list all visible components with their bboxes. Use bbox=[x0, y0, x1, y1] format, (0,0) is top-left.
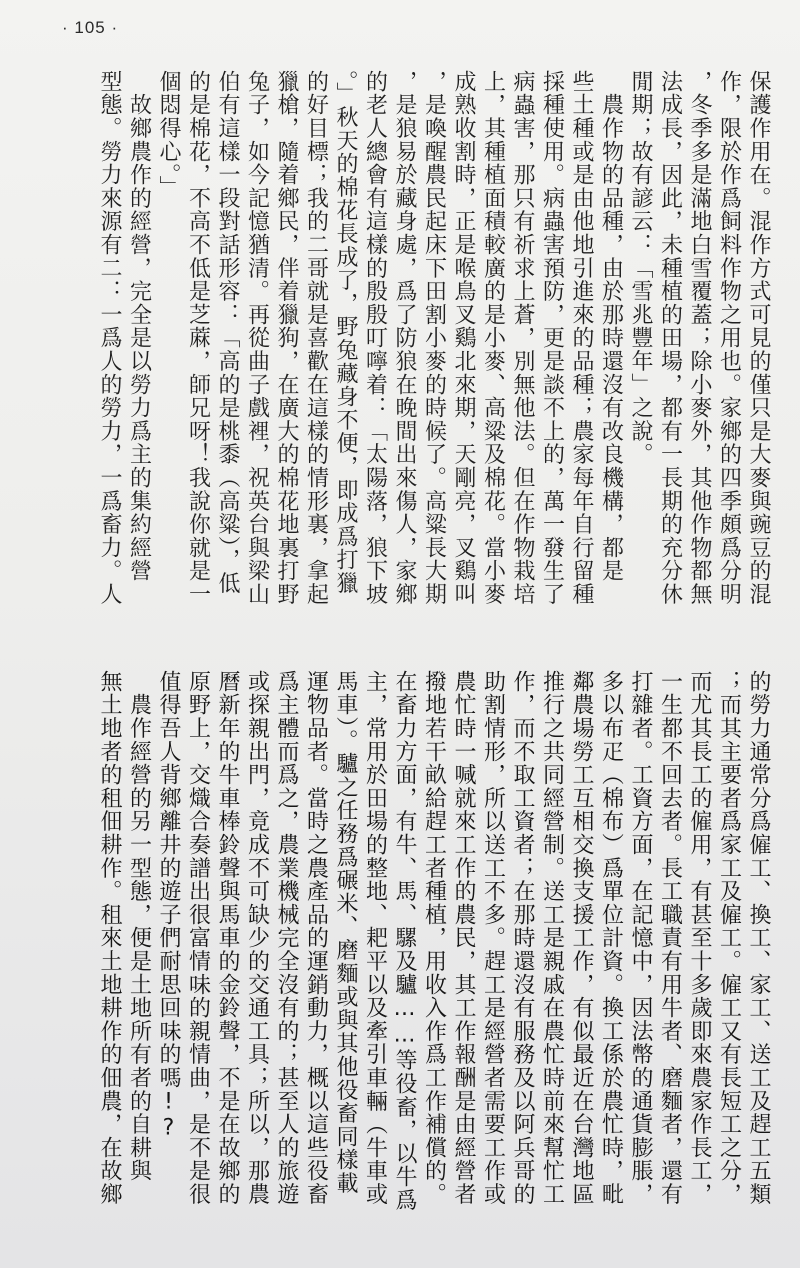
text-column: 而尤其長工的僱用，有甚至十多歲即來農家作長工， bbox=[685, 670, 715, 1200]
text-column: 個悶得心。」 bbox=[154, 70, 184, 595]
text-column: 農作經營的另一型態，便是土地所有者的自耕與 bbox=[124, 670, 154, 1200]
text-column: 成熟收割時，正是喉鳥叉鷄北來期，天剛亮，叉鷄叫 bbox=[449, 70, 479, 595]
text-column: 作，限於作爲飼料作物之用也。家鄉的四季頗爲分明 bbox=[714, 70, 744, 595]
text-column: 馬車）。驢之任務爲碾米、磨麵或與其他役畜同樣載 bbox=[331, 670, 361, 1200]
text-column: 作，而不取工資者；在那時還沒有服務及以阿兵哥的 bbox=[508, 670, 538, 1200]
text-column: 法成長，因此，未種植的田場，都有一長期的充分休 bbox=[655, 70, 685, 595]
text-column: 無土地者的租佃耕作。租來土地耕作的佃農，在故鄉 bbox=[95, 670, 125, 1200]
text-column: 撥地若干畝給趕工者種植，用收入作爲工作補償的。 bbox=[419, 670, 449, 1200]
text-column: 一生都不回去者。長工職責有用牛者、磨麵者，還有 bbox=[655, 670, 685, 1200]
text-column: 或探親出門，竟成不可缺少的交通工具；所以，那農 bbox=[242, 670, 272, 1200]
text-column: 多以布疋（棉布）爲單位計資。換工係於農忙時，毗 bbox=[596, 670, 626, 1200]
text-column: 農忙時一喊就來工作的農民，其工作報酬是由經營者 bbox=[449, 670, 479, 1200]
text-column: ，是喚醒農民起床下田割小麥的時候了。高粱長大期 bbox=[419, 70, 449, 595]
text-column: 打雜者。工資方面，在記憶中，因法幣的通貨膨脹， bbox=[626, 670, 656, 1200]
text-column: 的老人總會有這樣的殷殷叮嚀着：「太陽落，狼下坡 bbox=[360, 70, 390, 595]
text-column: 值得吾人背鄉離井的遊子們耐思回味的嗎!? bbox=[154, 670, 184, 1200]
text-column: 獵槍，隨着鄉民，伴着獵狗，在廣大的棉花地裏打野 bbox=[272, 70, 302, 595]
lower-text-block: 的勞力通常分爲僱工、換工、家工、送工及趕工五類 ；而其主要者爲家工及僱工。僱工又… bbox=[95, 670, 774, 1200]
text-column: 上，其種植面積較廣的是小麥、高粱及棉花。當小麥 bbox=[478, 70, 508, 595]
text-column: 伯有這樣一段對話形容：「高的是桃黍（高粱），低 bbox=[213, 70, 243, 595]
text-column: 農作物的品種，由於那時還沒有改良機構，都是 bbox=[596, 70, 626, 595]
text-column: 型態。勞力來源有二：一爲人的勞力，一爲畜力。人 bbox=[95, 70, 125, 595]
text-column: 推行之共同經營制。送工是親戚在農忙時前來幫忙工 bbox=[537, 670, 567, 1200]
text-column: 在畜力方面，有牛、馬、騾及驢……等役畜，以牛爲 bbox=[390, 670, 420, 1200]
text-column: 病蟲害，那只有祈求上蒼，別無他法。但在作物栽培 bbox=[508, 70, 538, 595]
text-column: ，是狼易於藏身處，爲了防狼在晚間出來傷人，家鄉 bbox=[390, 70, 420, 595]
text-column: 保護作用在。混作方式可見的僅只是大麥與豌豆的混 bbox=[744, 70, 774, 595]
text-column: 原野上，交熾合奏譜出很富情味的親情曲，是不是很 bbox=[183, 670, 213, 1200]
upper-text-block: 保護作用在。混作方式可見的僅只是大麥與豌豆的混 作，限於作爲飼料作物之用也。家鄉… bbox=[95, 70, 774, 595]
text-column: 主，常用於田場的整地、耙平以及牽引車輛（牛車或 bbox=[360, 670, 390, 1200]
text-column: 的好目標；我的二哥就是喜歡在這樣的情形裏，拿起 bbox=[301, 70, 331, 595]
page-number: · 105 · bbox=[62, 18, 118, 38]
text-column: 採種使用。病蟲害預防，更是談不上的，萬一發生了 bbox=[537, 70, 567, 595]
text-column: 。」秋天的棉花長成了，野兔藏身不便，即成爲打獵 bbox=[331, 70, 361, 595]
text-column: ；而其主要者爲家工及僱工。僱工又有長短工之分， bbox=[714, 670, 744, 1200]
text-column: 的勞力通常分爲僱工、換工、家工、送工及趕工五類 bbox=[744, 670, 774, 1200]
text-column: 的是棉花，不高不低是芝蔴，師兄呀！我說你就是一 bbox=[183, 70, 213, 595]
text-column: 助割情形，所以送工不多。趕工是經營者需要工作或 bbox=[478, 670, 508, 1200]
text-column: 運物品者。當時之農產品的運銷動力，概以這些役畜 bbox=[301, 670, 331, 1200]
text-column: 些土種或是由他地引進來的品種；農家每年自行留種 bbox=[567, 70, 597, 595]
text-column: 故鄉農作的經營，完全是以勞力爲主的集約經營 bbox=[124, 70, 154, 595]
text-column: 鄰農場勞工互相交換支援工作，有似最近在台灣地區 bbox=[567, 670, 597, 1200]
text-column: 爲主體而爲之，農業機械完全沒有的；甚至人的旅遊 bbox=[272, 670, 302, 1200]
text-column: 曆新年的牛車棒鈴聲與馬車的金鈴聲，不是在故鄉的 bbox=[213, 670, 243, 1200]
text-column: 閒期；故有諺云：「雪兆豐年」之說。 bbox=[626, 70, 656, 595]
text-column: 兔子，如今記憶猶清。再從曲子戲裡，祝英台與梁山 bbox=[242, 70, 272, 595]
text-column: ，冬季多是滿地白雪覆蓋；除小麥外，其他作物都無 bbox=[685, 70, 715, 595]
